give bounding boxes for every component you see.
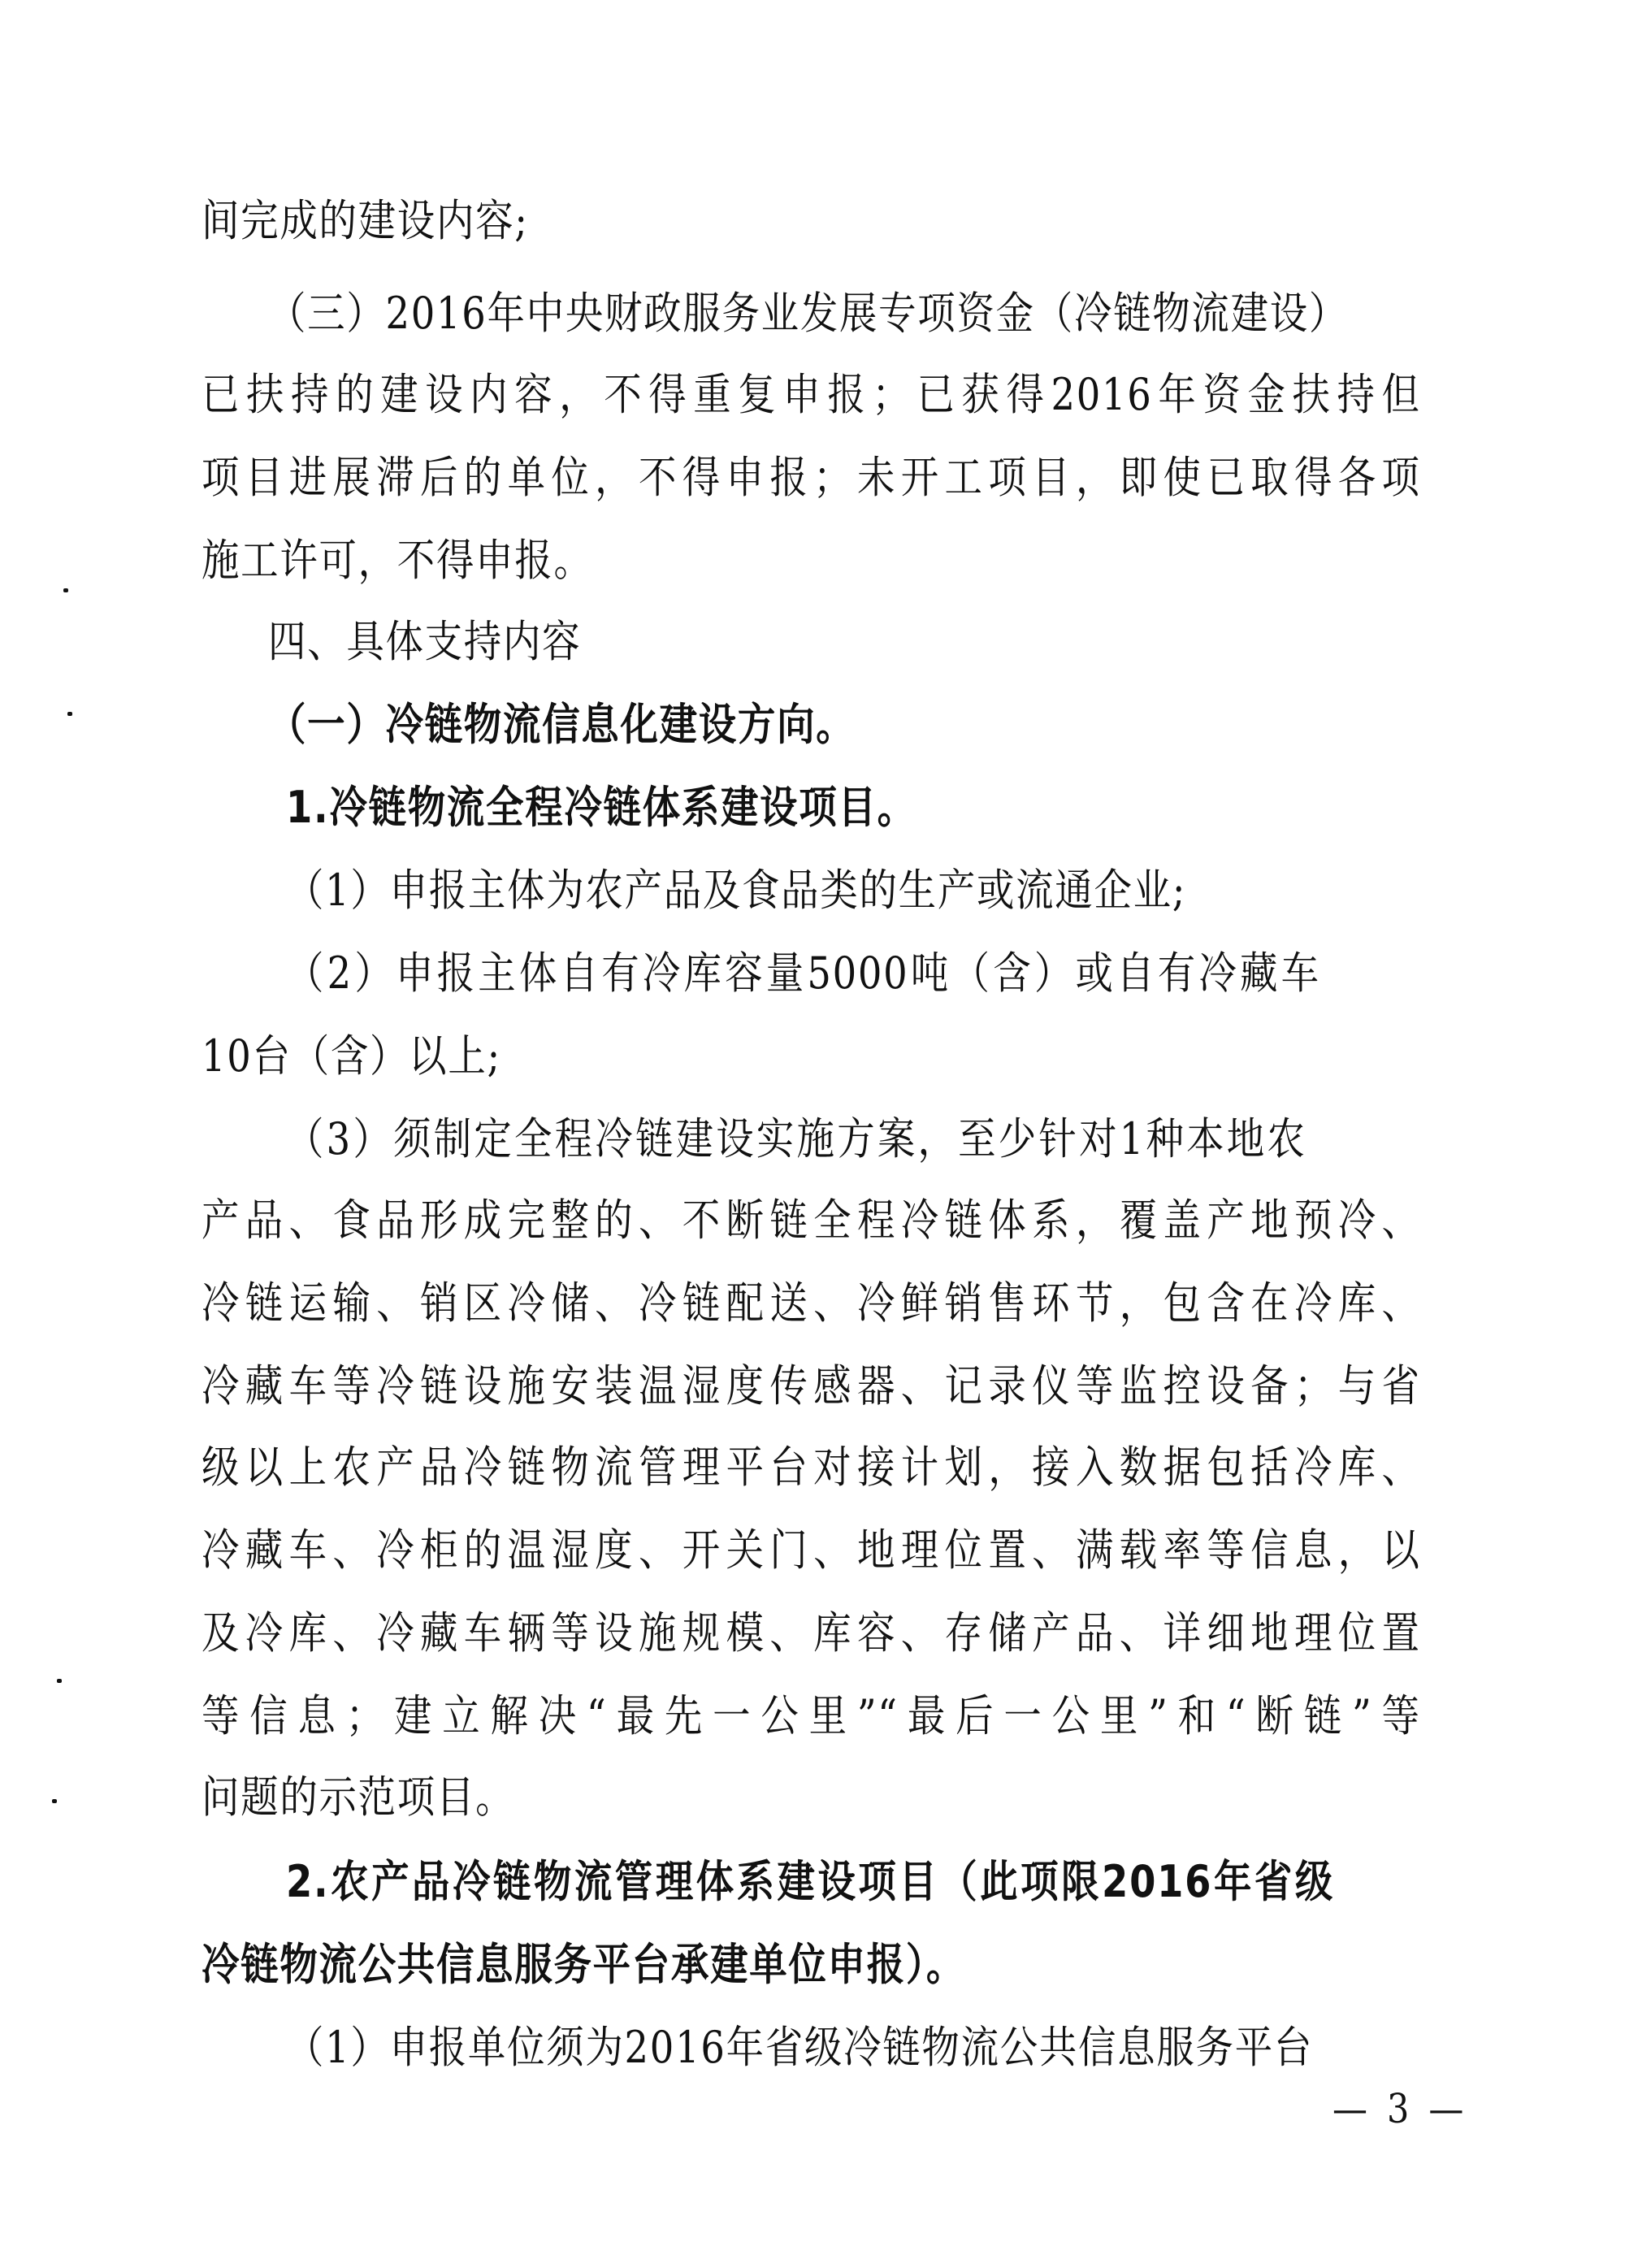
scan-mark <box>63 588 68 592</box>
paragraph-line: 已扶持的建设内容，不得重复申报；已获得2016年资金扶持但 <box>201 362 1421 427</box>
paragraph-line: 产品、食品形成完整的、不断链全程冷链体系，覆盖产地预冷、 <box>201 1188 1421 1253</box>
paragraph-line: 项目进展滞后的单位，不得申报；未开工项目，即使已取得各项 <box>201 445 1421 510</box>
page-number: — 3 — <box>1332 2080 1468 2137</box>
scan-mark <box>52 1799 57 1803</box>
paragraph-line: （2）申报主体自有冷库容量5000吨（含）或自有冷藏车 <box>286 941 1320 1006</box>
scan-mark <box>57 1679 62 1683</box>
paragraph-line: 间完成的建设内容; <box>201 189 1250 254</box>
subsection-heading: （一）冷链物流信息化建设方向。 <box>268 692 1316 757</box>
paragraph-line: 冷链运输、销区冷储、冷链配送、冷鲜销售环节，包含在冷库、 <box>201 1271 1421 1336</box>
item-heading: 冷链物流公共信息服务平台承建单位申报）。 <box>201 1932 1250 1997</box>
paragraph-line: 10台（含）以上; <box>201 1024 1250 1089</box>
paragraph-line: 及冷库、冷藏车辆等设施规模、库容、存储产品、详细地理位置 <box>201 1601 1421 1666</box>
paragraph-line: （三）2016年中央财政服务业发展专项资金（冷链物流建设） <box>268 281 1295 346</box>
paragraph-line: （1）申报单位须为2016年省级冷链物流公共信息服务平台 <box>286 2015 1310 2080</box>
paragraph-line: （3）须制定全程冷链建设实施方案，至少针对1种本地农 <box>286 1107 1306 1172</box>
paragraph-line: （1）申报主体为农产品及食品类的生产或流通企业; <box>286 858 1334 923</box>
paragraph-line: 级以上农产品冷链物流管理平台对接计划，接入数据包括冷库、 <box>201 1435 1421 1500</box>
document-page: 间完成的建设内容; （三）2016年中央财政服务业发展专项资金（冷链物流建设） … <box>0 0 1625 2268</box>
paragraph-line: 冷藏车、冷柜的温湿度、开关门、地理位置、满载率等信息，以 <box>201 1518 1421 1583</box>
paragraph-line: 施工许可，不得申报。 <box>201 528 1250 593</box>
paragraph-line: 问题的示范项目。 <box>201 1765 1250 1830</box>
paragraph-line: 等信息；建立解决“最先一公里”“最后一公里”和“断链”等 <box>201 1684 1421 1749</box>
item-heading: 2.农产品冷链物流管理体系建设项目（此项限2016年省级 <box>286 1850 1334 1915</box>
paragraph-line: 冷藏车等冷链设施安装温湿度传感器、记录仪等监控设备；与省 <box>201 1354 1421 1419</box>
item-heading: 1.冷链物流全程冷链体系建设项目。 <box>286 775 1334 840</box>
scan-mark <box>67 712 72 716</box>
section-heading: 四、具体支持内容 <box>268 609 1316 674</box>
